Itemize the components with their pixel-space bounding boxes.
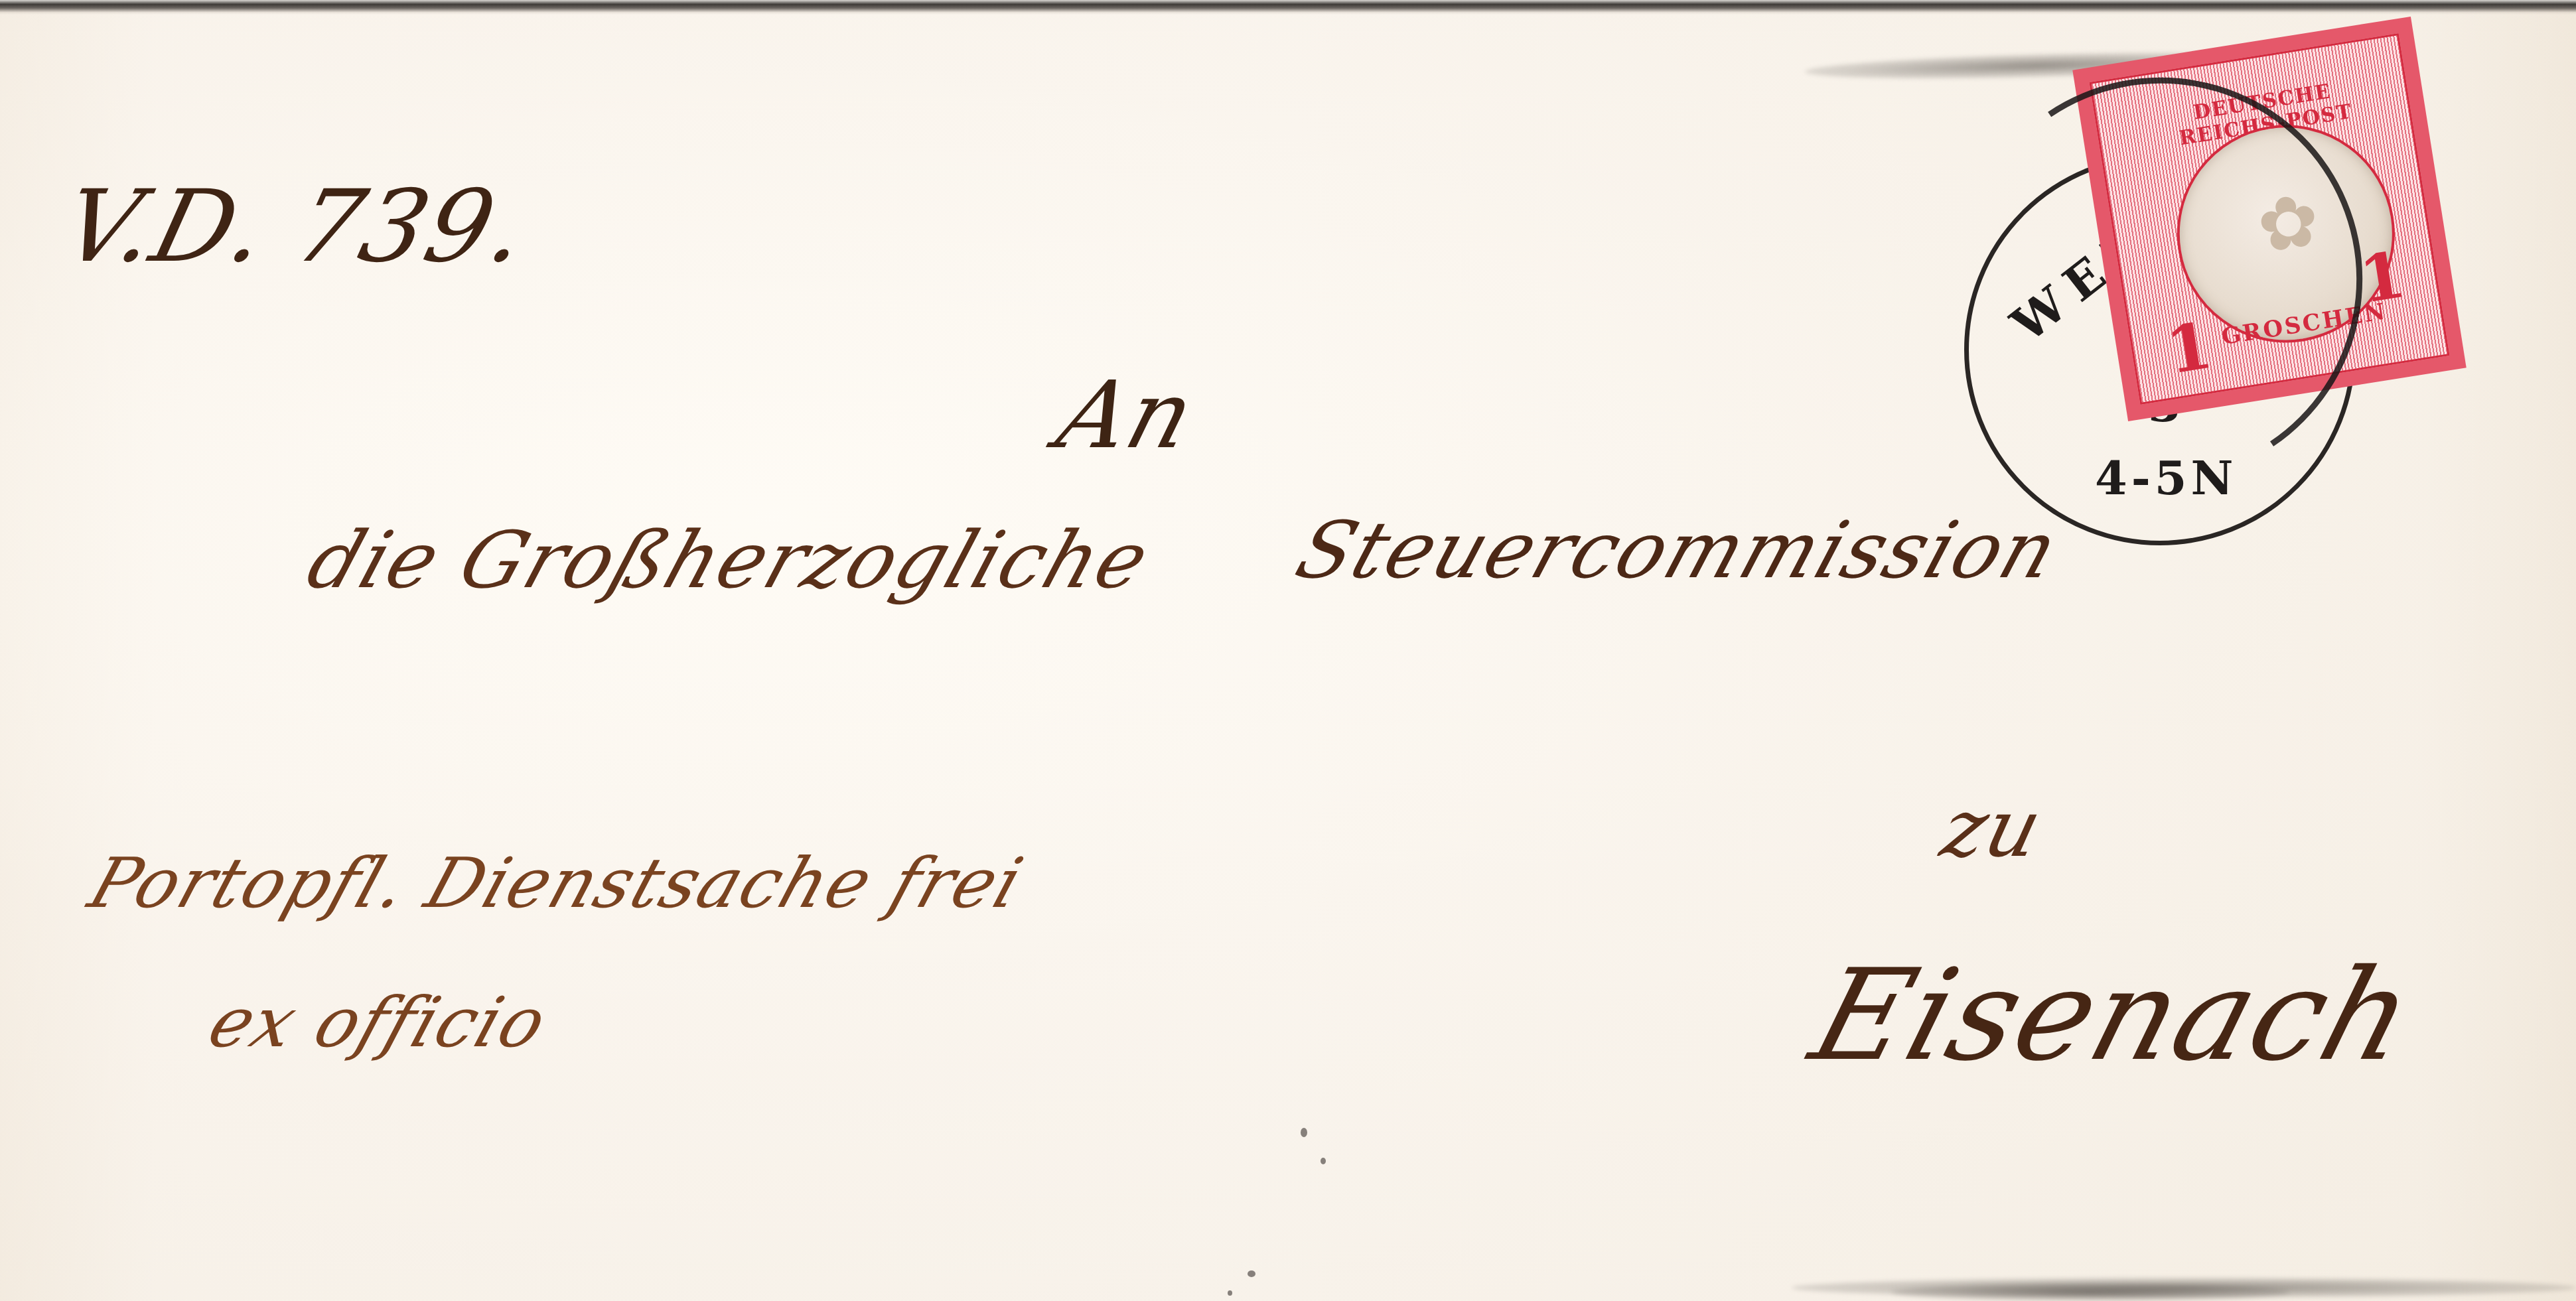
paper-speck	[1248, 1270, 1255, 1277]
official-notation-line-2: ex officio	[199, 982, 557, 1063]
official-notation-line-1: Portopfl. Dienstsache frei	[80, 843, 1033, 924]
paper-speck	[1228, 1290, 1232, 1296]
recipient-line-1: die Großherzogliche	[297, 514, 1161, 606]
postage-stamp: DEUTSCHE REICHS-POST ✿ 1 1 GROSCHEN	[2064, 7, 2476, 431]
destination-city: Eisenach	[1797, 942, 2429, 1089]
fold-smudge-bottom-inner	[1891, 1284, 2289, 1301]
top-edge-shadow	[0, 0, 2576, 15]
recipient-line-2: Steuercommission	[1286, 504, 2070, 596]
paper-speck	[1321, 1158, 1326, 1164]
paper-speck	[1301, 1128, 1307, 1137]
reference-number: V.D. 739.	[52, 169, 539, 285]
